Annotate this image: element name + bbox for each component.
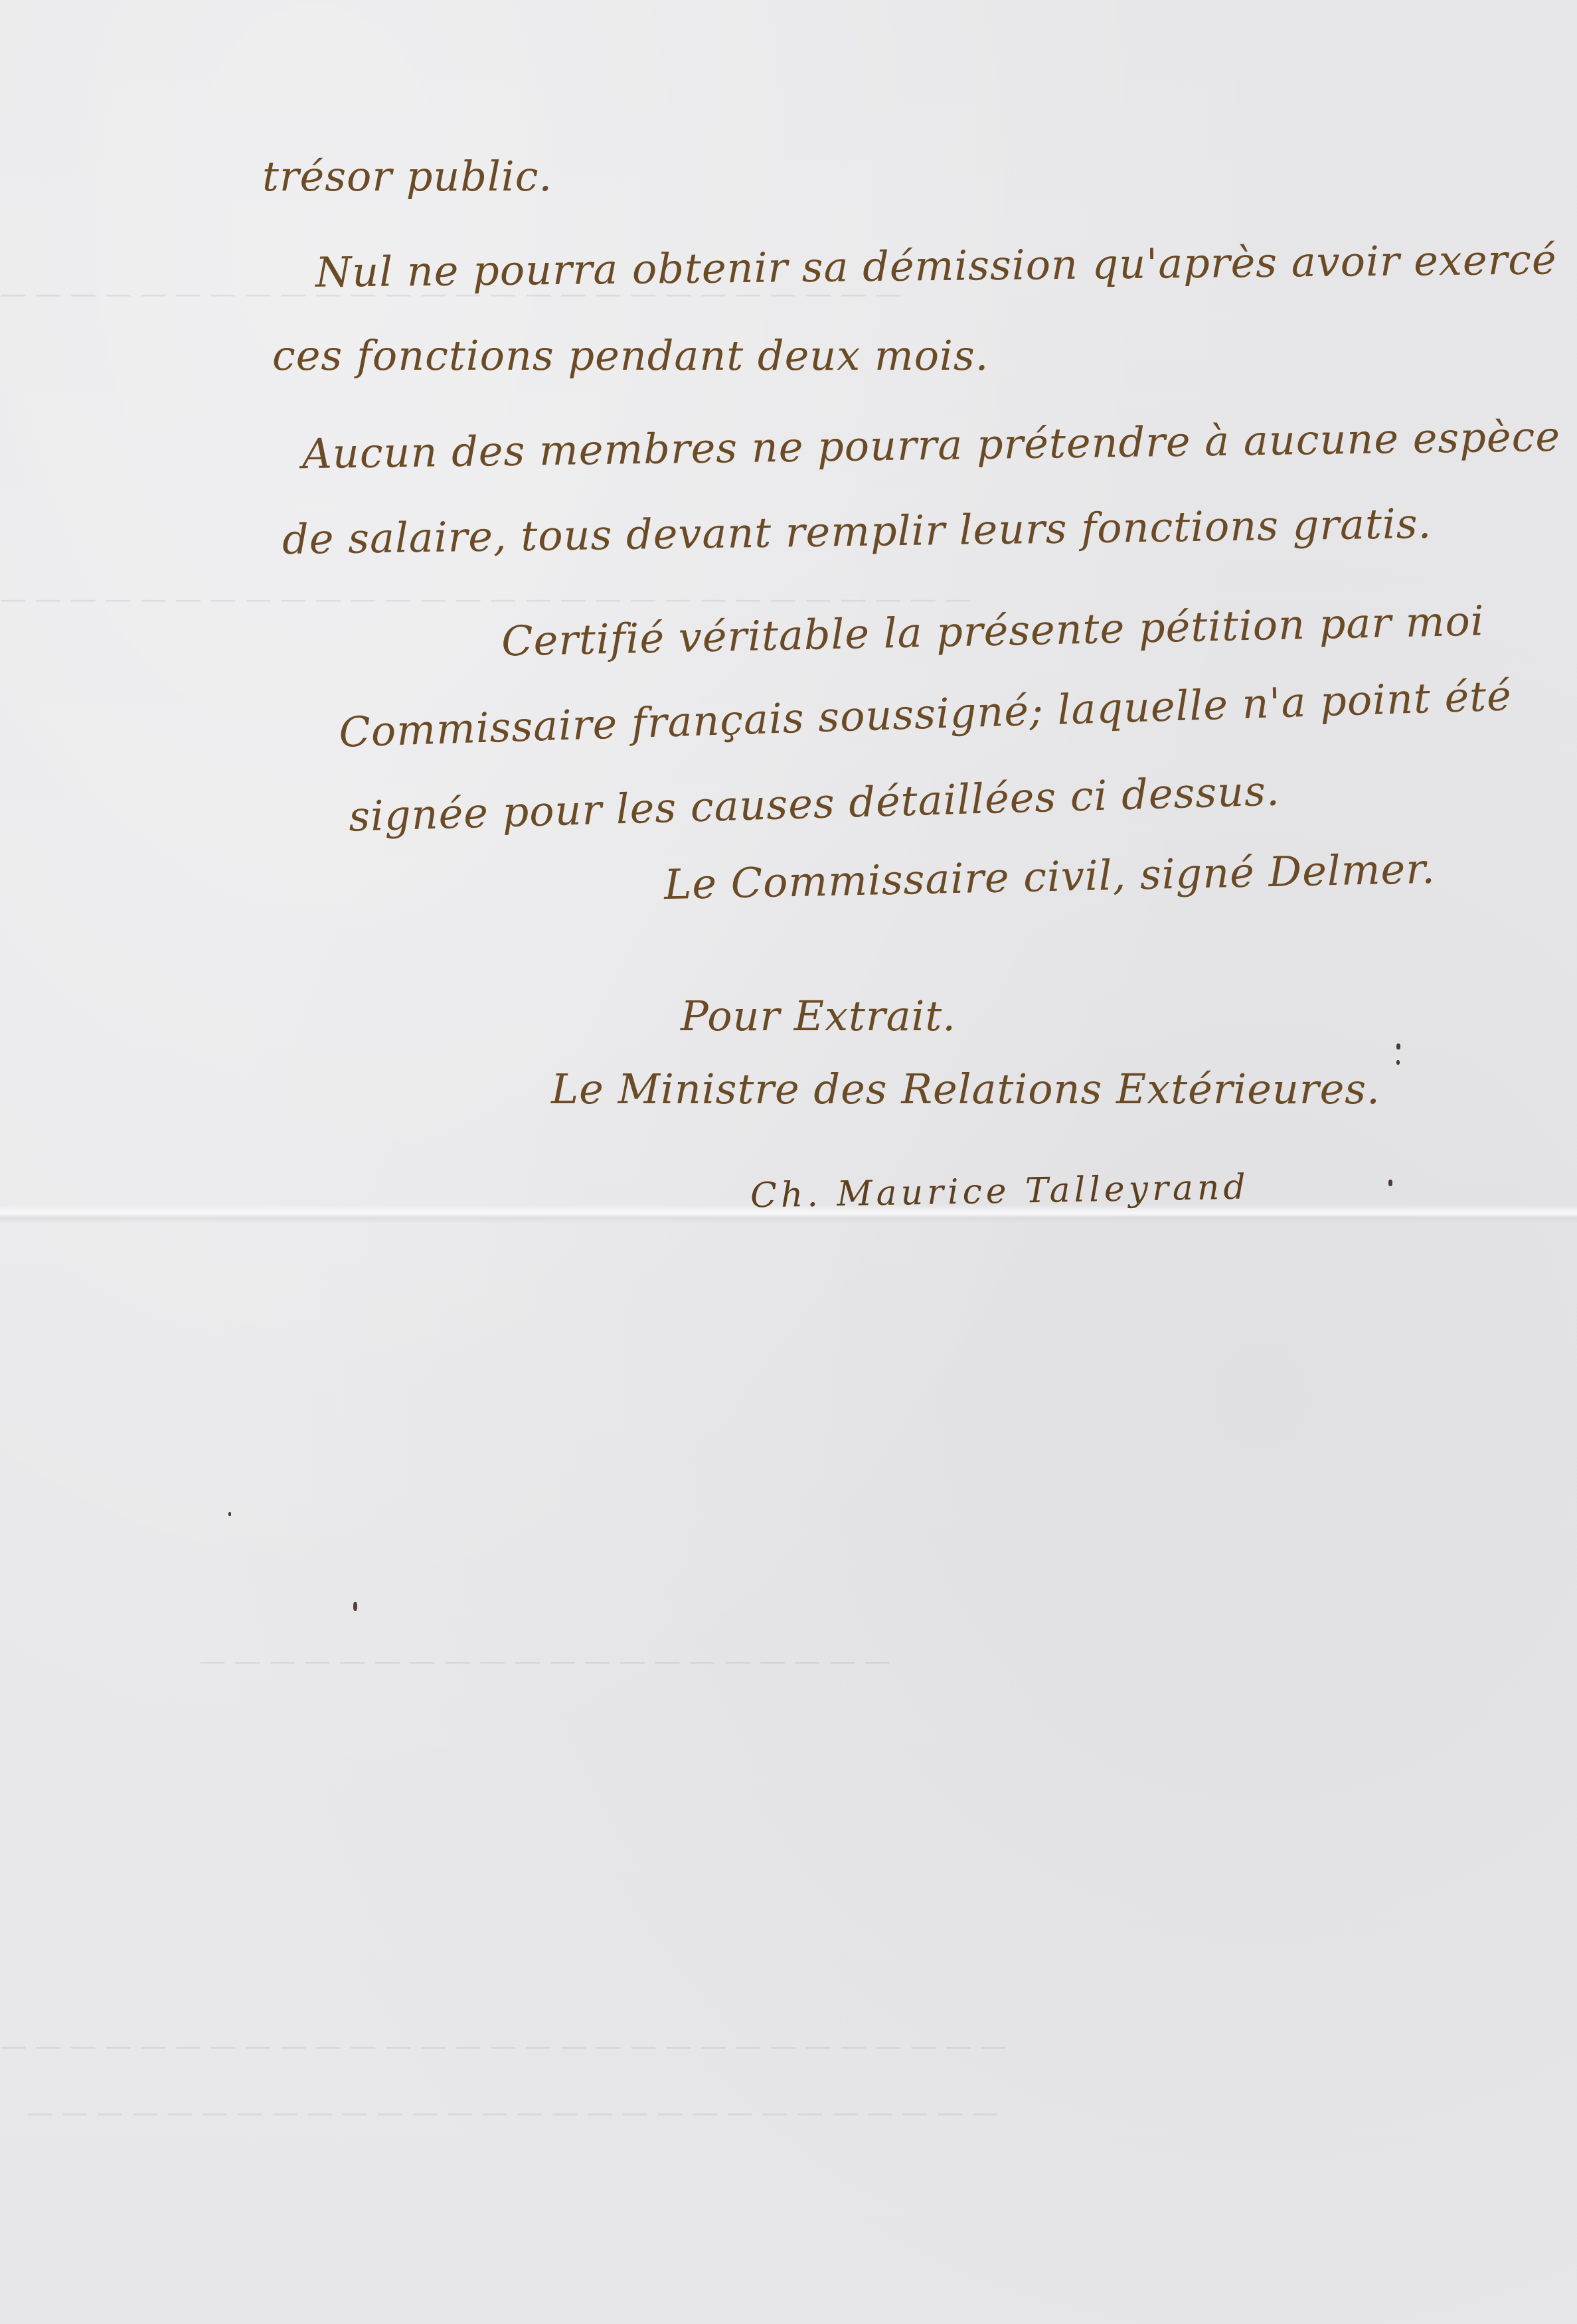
body-line-3: ces fonctions pendant deux mois.	[272, 335, 989, 376]
body-line-5: de salaire, tous devant remplir leurs fo…	[282, 503, 1432, 560]
ink-speck	[1396, 1044, 1400, 1049]
bleed-through-text: — — — — — — — — — — — — — — — — — — — — …	[0, 2031, 1007, 2062]
minister-title: Le Ministre des Relations Extérieures.	[551, 1069, 1380, 1110]
certification-line-2: Commissaire français soussigné; laquelle…	[338, 675, 1512, 753]
bleed-through-text: — — — — — — — — — — — — — — — — — — — —	[199, 1646, 891, 1677]
certification-line-3: signée pour les causes détaillées ci des…	[348, 770, 1280, 837]
ink-speck	[228, 1512, 231, 1516]
body-line-2: Nul ne pourra obtenir sa démission qu'ap…	[315, 239, 1557, 293]
ink-speck	[353, 1602, 357, 1611]
manuscript-page: — — — — — — — — — — — — — — — — — — — — …	[0, 0, 1577, 2324]
body-line-4: Aucun des membres ne pourra prétendre à …	[302, 416, 1561, 475]
extract-heading: Pour Extrait.	[681, 996, 956, 1037]
ink-speck	[1396, 1060, 1400, 1065]
bleed-through-text: — — — — — — — — — — — — — — — — — — — — …	[27, 2098, 998, 2128]
ink-speck	[1388, 1180, 1392, 1186]
body-line-1: trésor public.	[262, 156, 552, 197]
commissioner-signature: Le Commissaire civil, signé Delmer.	[663, 848, 1436, 905]
